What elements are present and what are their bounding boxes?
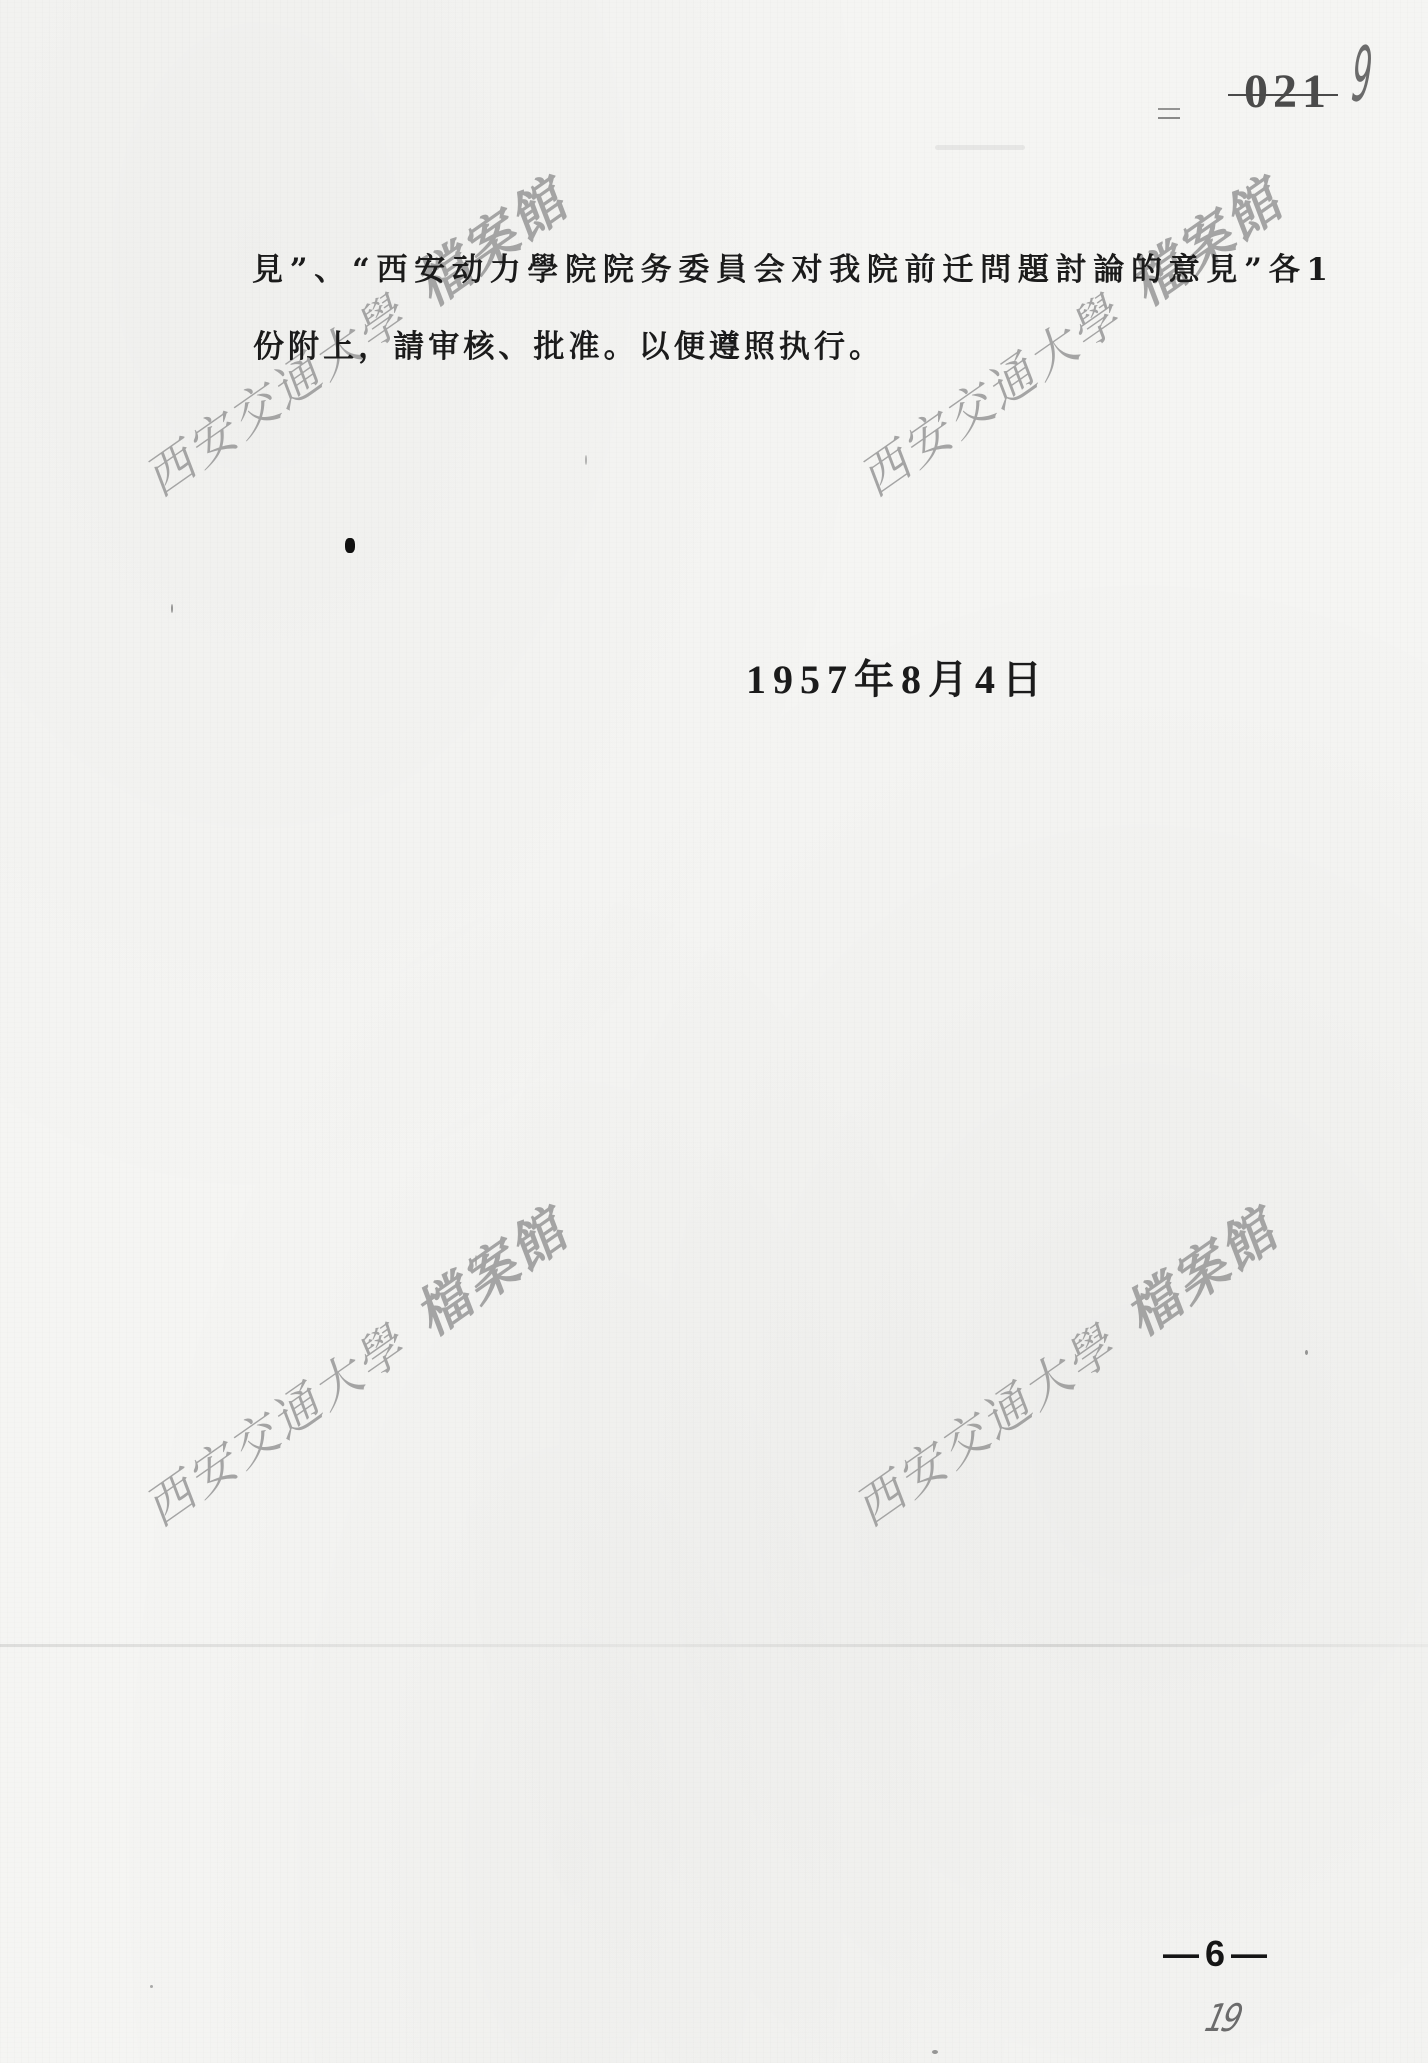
handwritten-footer-number: 19 xyxy=(1201,1996,1244,2040)
paper-speck xyxy=(585,455,587,465)
archive-watermark: 西安交通大學檔案館 xyxy=(848,171,1292,505)
page-number: —6— xyxy=(1163,1932,1273,1976)
paper-speck xyxy=(475,1255,477,1267)
paper-texture xyxy=(0,0,1428,2063)
ink-dot xyxy=(345,538,355,553)
watermark-institution: 西安交通大學 xyxy=(845,1316,1128,1537)
watermark-department: 檔案館 xyxy=(1113,1197,1290,1348)
paper-fold-line xyxy=(0,1644,1428,1647)
paper-speck xyxy=(150,1985,153,1988)
paper-speck xyxy=(932,2050,938,2054)
document-date: 1957年8月4日 xyxy=(746,656,1049,704)
watermark-department: 檔案館 xyxy=(403,167,580,318)
archive-stamp-number: 021 xyxy=(1244,64,1331,120)
body-text-line: 見”、“西安动力學院院务委員会对我院前迁問題討論的意見”各1 xyxy=(252,250,1328,290)
watermark-institution: 西安交通大學 xyxy=(135,286,418,507)
archive-watermark: 西安交通大學檔案館 xyxy=(133,1201,577,1535)
watermark-institution: 西安交通大學 xyxy=(135,1316,418,1537)
paper-speck xyxy=(935,145,1025,150)
watermark-department: 檔案館 xyxy=(1118,167,1295,318)
paper-speck xyxy=(1305,1350,1308,1355)
handwritten-folio-number: 9 xyxy=(1348,22,1375,130)
strikethrough-line xyxy=(1228,94,1338,96)
watermark-institution: 西安交通大學 xyxy=(850,286,1133,507)
body-text-line: 份附上，請审核、批准。以便遵照执行。 xyxy=(253,327,880,367)
archive-watermark: 西安交通大學檔案館 xyxy=(843,1201,1287,1535)
pencil-mark xyxy=(1158,108,1180,119)
paper-speck xyxy=(171,604,173,613)
watermark-department: 檔案館 xyxy=(403,1197,580,1348)
